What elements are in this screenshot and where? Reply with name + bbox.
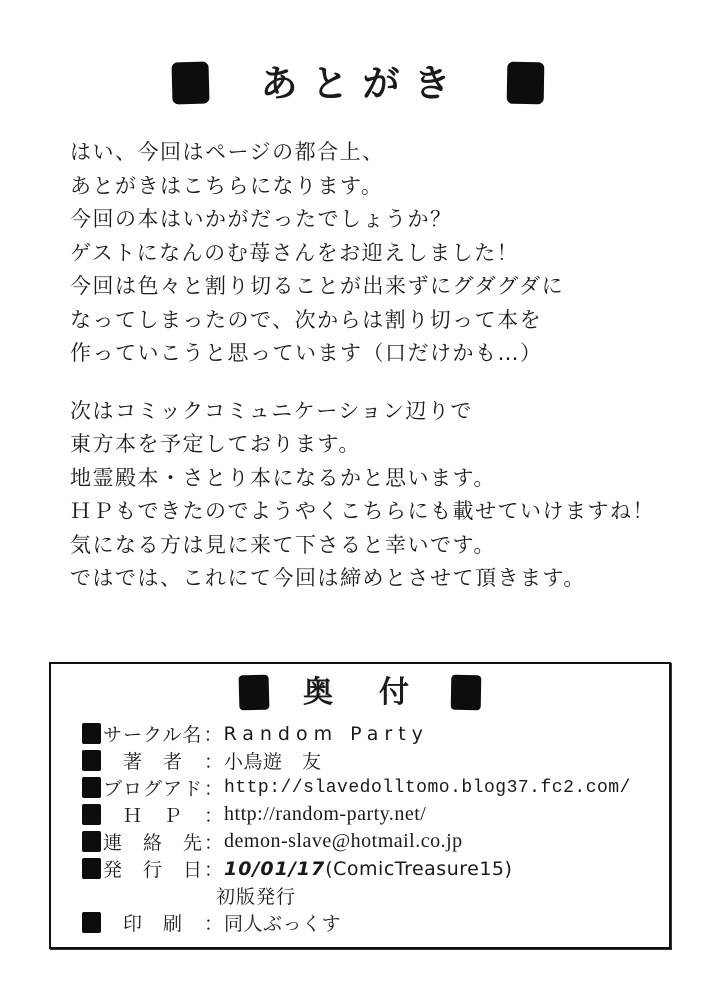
row-separator: ：	[203, 828, 224, 855]
afterword-line: ではでは、これにて今回は締めとさせて頂きます。	[70, 562, 685, 596]
publish-date-value: 10/01/17	[224, 858, 325, 880]
bullet-square-icon	[82, 750, 101, 771]
author-value: 小鳥遊 友	[224, 747, 322, 774]
first-edition-note: 初版発行	[216, 882, 669, 909]
bullet-square-icon	[82, 831, 101, 852]
bullet-square-icon	[82, 912, 101, 933]
colophon-row-publish-date: 発 行 日 ： 10/01/17 (ComicTreasure15)	[82, 855, 669, 882]
afterword-line: はい、今回はページの都合上、	[70, 136, 685, 170]
row-label: Ｈ Ｐ	[103, 801, 203, 828]
afterword-line: 今回は色々と割り切ることが出来ずにグダグダに	[70, 270, 685, 304]
afterword-line: 次はコミックコミュニケーション辺りで	[70, 395, 685, 429]
row-label: 著 者	[103, 747, 203, 774]
row-label: ブログアド	[103, 774, 203, 801]
black-square-icon	[451, 675, 482, 711]
doujinshi-afterword-page: あとがき はい、今回はページの都合上、 あとがきはこちらになります。 今回の本は…	[0, 0, 715, 1000]
printer-value: 同人ぶっくす	[224, 909, 341, 936]
row-label: 連 絡 先	[103, 828, 203, 855]
publish-event-value: (ComicTreasure15)	[325, 858, 512, 880]
afterword-line: 地霊殿本・さとり本になるかと思います。	[70, 462, 685, 496]
contact-email-value: demon-slave@hotmail.co.jp	[224, 830, 463, 853]
afterword-line: ゲストになんのむ苺さんをお迎えしました！	[70, 237, 685, 271]
colophon-rows: サークル名 ： Random Party 著 者 ： 小鳥遊 友 ブログアド ：…	[82, 720, 669, 936]
afterword-paragraph: はい、今回はページの都合上、 あとがきはこちらになります。 今回の本はいかがだっ…	[70, 136, 685, 371]
row-label: 印 刷	[103, 909, 203, 936]
colophon-row-blog: ブログアド ： http://slavedolltomo.blog37.fc2.…	[82, 774, 669, 801]
colophon-row-printer: 印 刷 ： 同人ぶっくす	[82, 909, 669, 936]
row-separator: ：	[203, 855, 224, 882]
colophon-title: 奥 付	[303, 678, 417, 708]
afterword-title: あとがき	[251, 65, 465, 102]
colophon-heading: 奥 付	[51, 675, 669, 710]
afterword-body: はい、今回はページの都合上、 あとがきはこちらになります。 今回の本はいかがだっ…	[70, 136, 685, 596]
afterword-line: あとがきはこちらになります。	[70, 170, 685, 204]
blog-url-value: http://slavedolltomo.blog37.fc2.com/	[224, 778, 631, 798]
colophon-row-circle-name: サークル名 ： Random Party	[82, 720, 669, 747]
colophon-row-contact: 連 絡 先 ： demon-slave@hotmail.co.jp	[82, 828, 669, 855]
colophon-box: 奥 付 サークル名 ： Random Party 著 者 ： 小鳥遊 友 ブログ…	[49, 662, 671, 949]
afterword-line: 気になる方は見に来て下さると幸いです。	[70, 529, 685, 563]
afterword-heading: あとがき	[0, 62, 715, 104]
black-square-icon	[239, 675, 270, 711]
row-separator: ：	[203, 747, 224, 774]
colophon-row-homepage: Ｈ Ｐ ： http://random-party.net/	[82, 801, 669, 828]
afterword-line: 今回の本はいかがだったでしょうか？	[70, 203, 685, 237]
afterword-line: 作っていこうと思っています（口だけかも…）	[70, 337, 685, 371]
bullet-square-icon	[82, 804, 101, 825]
circle-name-value: Random Party	[223, 723, 428, 745]
black-square-icon	[171, 62, 209, 105]
row-separator: ：	[202, 720, 223, 747]
row-separator: ：	[203, 774, 224, 801]
row-label: 発 行 日	[103, 855, 203, 882]
afterword-line: なってしまったので、次からは割り切って本を	[70, 304, 685, 338]
afterword-paragraph: 次はコミックコミュニケーション辺りで 東方本を予定しております。 地霊殿本・さと…	[70, 395, 685, 596]
bullet-square-icon	[82, 858, 101, 879]
row-separator: ：	[203, 801, 224, 828]
black-square-icon	[506, 62, 544, 105]
row-label: サークル名	[103, 720, 202, 747]
afterword-line: 東方本を予定しております。	[70, 428, 685, 462]
afterword-line: ＨＰもできたのでようやくこちらにも載せていけますね！	[70, 495, 685, 529]
bullet-square-icon	[82, 723, 101, 744]
row-separator: ：	[203, 909, 224, 936]
bullet-square-icon	[82, 777, 101, 798]
homepage-url-value: http://random-party.net/	[224, 803, 426, 826]
colophon-row-author: 著 者 ： 小鳥遊 友	[82, 747, 669, 774]
